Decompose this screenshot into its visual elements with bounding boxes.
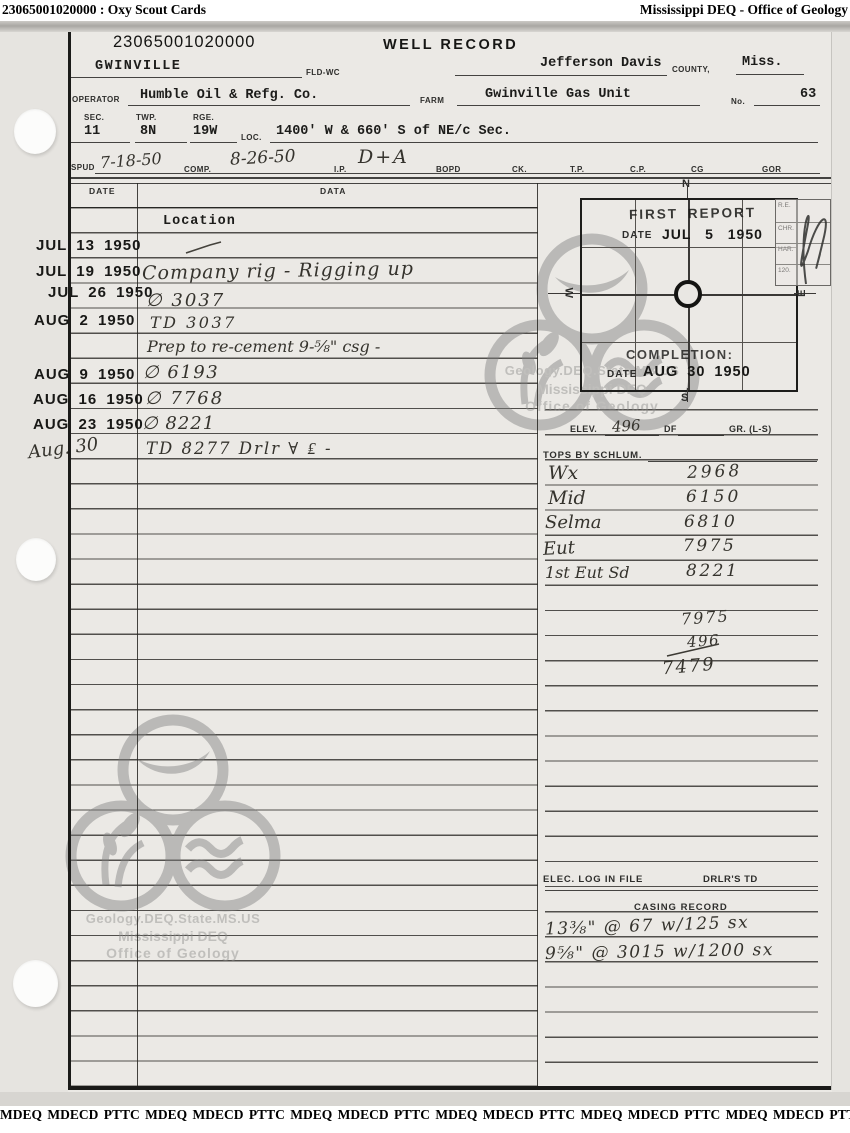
df-label: DF xyxy=(664,424,677,434)
well-no-value: 63 xyxy=(800,87,816,102)
top-name: 1st Eut Sd xyxy=(545,563,630,582)
punch-hole-bottom xyxy=(13,960,58,1007)
drlrs-td-label: DRLR'S TD xyxy=(703,874,758,885)
top-depth: 6150 xyxy=(686,487,741,507)
state-underline xyxy=(736,74,804,75)
viewer-top-bar: 23065001020000 : Oxy Scout Cards Mississ… xyxy=(0,0,850,21)
date-stamp: AUG 16 1950 xyxy=(33,391,144,408)
twp-value: 8N xyxy=(140,124,156,139)
df-underline xyxy=(678,435,724,436)
ip-value: D+A xyxy=(358,146,409,168)
punch-hole-middle xyxy=(16,538,56,581)
scan-edge-band-bottom xyxy=(0,1092,850,1106)
operator-underline xyxy=(128,105,410,106)
operator-value: Humble Oil & Refg. Co. xyxy=(140,88,318,103)
comp-label: COMP. xyxy=(184,165,211,174)
api-number: 23065001020000 xyxy=(113,33,255,52)
county-value: Jefferson Davis xyxy=(540,56,662,71)
farm-value: Gwinville Gas Unit xyxy=(485,87,631,102)
calc-minuend: 7975 xyxy=(680,606,730,628)
compass-south-label: S xyxy=(681,392,689,404)
table-row-location: Location xyxy=(163,214,236,229)
twp-label: TWP. xyxy=(136,113,157,122)
compass-north-label: N xyxy=(682,178,690,190)
comp-value: 8-26-50 xyxy=(230,146,297,169)
county-label: COUNTY, xyxy=(672,65,710,74)
viewer-agency-name: Mississippi DEQ - Office of Geology xyxy=(640,2,848,18)
top-depth: 6810 xyxy=(684,512,737,532)
cp-label: C.P. xyxy=(630,165,646,174)
field-underline xyxy=(70,77,302,78)
loc-underline xyxy=(270,142,818,143)
table-top-border-2 xyxy=(69,183,831,185)
ruled-lines-right xyxy=(545,409,818,1086)
card-bottom-border xyxy=(69,1086,831,1090)
field-label: FLD-WC xyxy=(306,68,340,77)
scanned-well-record-page: Geology.DEQ.State.MS.US Mississippi DEQ … xyxy=(0,0,850,1133)
sec-underline xyxy=(70,142,130,143)
table-top-border-1 xyxy=(69,177,831,179)
ck-label: CK. xyxy=(512,165,527,174)
scan-edge-band-top xyxy=(0,21,850,32)
loc-label: LOC. xyxy=(241,133,262,142)
date-column-divider xyxy=(137,183,138,1086)
well-no-underline xyxy=(754,105,820,106)
gr-label: GR. (L-S) xyxy=(729,424,772,434)
tp-label: T.P. xyxy=(570,165,584,174)
top-name: Selma xyxy=(545,512,602,533)
ip-label: I.P. xyxy=(334,165,347,174)
date-column-header: DATE xyxy=(89,186,116,196)
rge-underline xyxy=(190,142,237,143)
sec-label: SEC. xyxy=(84,113,104,122)
loc-value: 1400' W & 660' S of NE/c Sec. xyxy=(276,124,511,139)
top-depth: 7975 xyxy=(683,536,736,556)
well-location-marker xyxy=(674,280,702,308)
document-title: WELL RECORD xyxy=(383,37,518,53)
completion-date-stamp: AUG 30 1950 xyxy=(643,364,751,380)
punch-hole-top xyxy=(14,109,56,154)
rge-label: RGE. xyxy=(193,113,214,122)
cg-label: CG xyxy=(691,165,704,174)
first-report-date-label: DATE xyxy=(622,230,652,241)
date-stamp: JUL 13 1950 xyxy=(36,237,141,254)
date-stamp: JUL 26 1950 xyxy=(48,284,153,301)
county-underline xyxy=(455,75,667,76)
card-right-edge xyxy=(831,30,832,1090)
casing-entry: 9⅝" @ 3015 w/1200 sx xyxy=(545,940,774,964)
panel-divider xyxy=(537,183,538,1086)
table-row-data: TD 8277 Drlr ∀ ₤ - xyxy=(146,439,333,459)
check-mark-icon xyxy=(183,240,223,256)
operator-label: OPERATOR xyxy=(72,95,120,104)
elev-value: 496 xyxy=(611,416,641,436)
top-name: Eut xyxy=(542,537,575,560)
top-depth: 2968 xyxy=(687,461,743,483)
top-name: Mid xyxy=(548,487,586,509)
twp-underline xyxy=(135,142,187,143)
completion-stamp-title: COMPLETION: xyxy=(626,347,734,362)
table-row-data: ∅ 3037 xyxy=(146,290,225,311)
completion-date-label: DATE xyxy=(607,369,637,380)
first-report-date-stamp: JUL 5 1950 xyxy=(662,226,763,242)
elec-log-double-rule xyxy=(545,890,818,891)
elec-log-label: ELEC. LOG IN FILE xyxy=(543,874,643,885)
well-no-label: No. xyxy=(731,97,745,106)
field-name-value: GWINVILLE xyxy=(95,59,181,74)
top-name: Wx xyxy=(548,462,578,484)
spud-label: SPUD xyxy=(71,163,95,172)
card-left-edge xyxy=(68,30,71,1090)
gor-label: GOR xyxy=(762,165,781,174)
elev-label: ELEV. xyxy=(570,424,597,434)
sponsor-acronyms: MDEQ MDECD PTTC MDEQ MDECD PTTC MDEQ MDE… xyxy=(0,1107,850,1122)
state-value: Miss. xyxy=(742,55,783,70)
date-stamp: AUG 2 1950 xyxy=(34,312,135,329)
viewer-bottom-bar: MDEQ MDECD PTTC MDEQ MDECD PTTC MDEQ MDE… xyxy=(0,1106,850,1133)
data-column-header: DATA xyxy=(320,186,346,196)
compass-east-label: E xyxy=(796,289,808,297)
compass-west-label: W xyxy=(562,288,574,299)
first-report-stamp-title: FIRST REPORT xyxy=(629,205,756,222)
farm-label: FARM xyxy=(420,96,444,105)
tops-label: TOPS BY SCHLUM. xyxy=(543,450,642,461)
sec-value: 11 xyxy=(84,124,100,139)
viewer-document-id: 23065001020000 : Oxy Scout Cards xyxy=(2,2,206,18)
table-row-data: ∅ 6193 xyxy=(143,362,219,383)
top-depth: 8221 xyxy=(686,561,739,581)
table-row-data: ∅ 8221 xyxy=(142,413,215,434)
date-stamp: JUL 19 1950 xyxy=(36,263,141,280)
table-row-data: TD 3037 xyxy=(150,313,237,332)
casing-record-title: CASING RECORD xyxy=(634,902,728,913)
table-header-underline xyxy=(70,207,537,208)
table-row-data: Prep to re-cement 9-⅝" csg - xyxy=(147,337,380,356)
bopd-label: BOPD xyxy=(436,165,461,174)
date-stamp: AUG 23 1950 xyxy=(33,416,144,433)
table-row-data: ∅ 7768 xyxy=(145,388,224,409)
date-stamp: AUG 9 1950 xyxy=(34,366,135,383)
rge-value: 19W xyxy=(193,124,217,139)
farm-underline xyxy=(457,105,700,106)
